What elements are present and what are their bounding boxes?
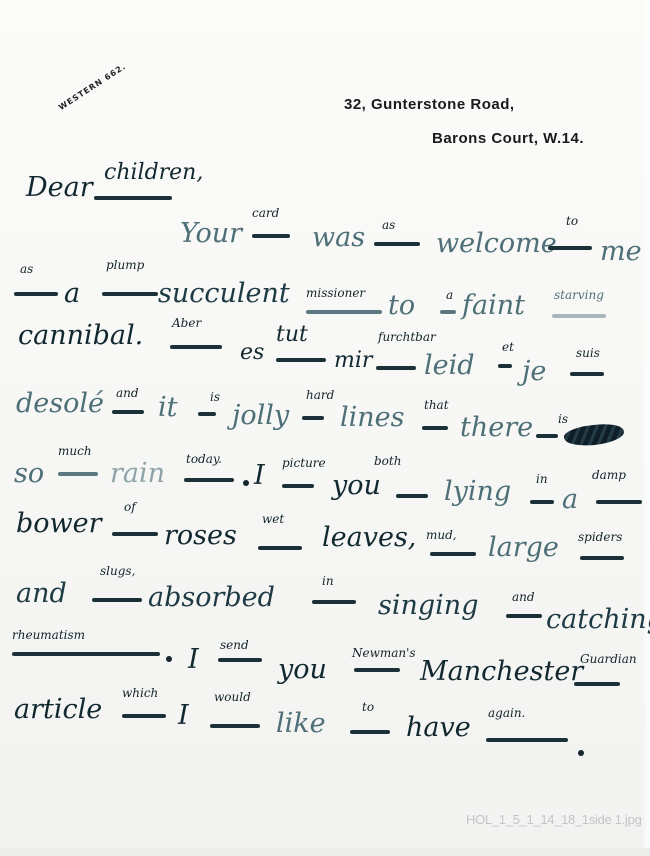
blank-dash [14,292,58,296]
word: like [276,708,326,739]
inserted-word: is [210,390,220,404]
blank-dash [276,358,326,362]
blank-dash [122,714,166,718]
blank-dash [552,314,606,318]
word: lying [444,476,511,507]
word: it [158,392,178,423]
blank-dash [422,426,448,430]
word: leaves, [322,522,416,553]
address-line-2: Barons Court, W.14. [432,130,584,147]
inserted-word: of [124,500,136,514]
word: you [278,654,327,685]
blank-dash [302,416,324,420]
word: I [188,644,199,675]
inserted-word: damp [592,468,626,482]
word: je [522,356,546,387]
word: Manchester [420,656,583,687]
inserted-word: again. [488,706,525,720]
word: succulent [158,278,290,309]
blank-dash [596,500,642,504]
word: catching [546,604,650,635]
inserted-word: to [566,214,578,228]
period [166,656,172,662]
blank-dash [94,196,172,200]
word: so [14,458,44,489]
blank-dash [306,310,382,314]
blank-dash [218,658,262,662]
word: bower [16,508,102,539]
blank-dash [350,730,390,734]
word: I [178,700,189,731]
inserted-word: and [512,590,535,604]
word: cannibal. [18,320,143,351]
blank-dash [198,412,216,416]
word: a [64,278,80,309]
inserted-word: mud, [426,528,457,542]
inserted-word: Aber [172,316,201,330]
inserted-word: to [362,700,374,714]
inserted-word: slugs, [100,564,135,578]
word: roses [164,520,237,551]
word: there [460,412,533,443]
blank-dash [102,292,158,296]
word: welcome [436,228,557,259]
scan-border [0,848,650,856]
word: rain [110,458,165,489]
word: singing [378,590,478,621]
blank-dash [486,738,568,742]
blank-dash [252,234,290,238]
inserted-word: hard [306,388,334,402]
inserted-word: picture [282,456,326,470]
inserted-word: a [446,288,453,302]
word: I [254,460,265,491]
salutation: Dear [26,172,93,203]
blank-dash [170,345,222,349]
blank-dash [396,494,428,498]
blank-dash [12,652,160,656]
inserted-word: et [502,340,514,354]
inserted-word: rheumatism [12,628,85,642]
word: mir [334,348,372,373]
inserted-word: is [558,412,568,426]
word: lines [340,402,405,433]
inserted-word: plump [106,258,144,272]
word: and [16,578,67,609]
blank-dash [354,668,400,672]
blank-dash [210,724,260,728]
word: jolly [232,400,289,431]
blank-dash [184,478,234,482]
period [578,750,584,756]
word: desolé [16,388,104,419]
blank-dash [112,410,144,414]
inserted-word: wet [262,512,284,526]
word: you [332,470,381,501]
blank-dash [58,472,98,476]
inserted-word: send [220,638,249,652]
inserted-word: furchtbar [378,330,436,344]
archive-filename: HOL_1_5_1_14_18_1side 1.jpg [466,812,646,828]
word: absorbed [148,582,275,613]
word: Your [180,218,242,249]
inserted-word: card [252,206,279,220]
inserted-word: in [322,574,334,588]
inserted-word: and [116,386,139,400]
blank-dash [92,598,142,602]
blank-dash [536,434,558,438]
inserted-word: suis [576,346,600,360]
address-line-1: 32, Gunterstone Road, [344,96,515,113]
inserted-word: in [536,472,548,486]
inserted-word: as [382,218,395,232]
blank-dash [548,246,592,250]
period [243,480,249,486]
inserted-word: would [214,690,251,704]
word: a [562,484,578,515]
blank-dash [258,546,302,550]
salutation-inserted: children, [104,160,203,185]
blank-dash [574,682,620,686]
inserted-word: both [374,454,401,468]
word: faint [462,290,525,321]
inserted-word: much [58,444,92,458]
blank-dash [570,372,604,376]
inserted-word: as [20,262,33,276]
word: large [488,532,559,563]
blank-dash [506,614,542,618]
inserted-word: starving [554,288,604,302]
inserted-word: today. [186,452,222,466]
word: me [600,236,642,267]
word: have [406,712,471,743]
inserted-word: tut [276,322,308,347]
blank-dash [580,556,624,560]
word: was [312,222,365,253]
inserted-word: that [424,398,449,412]
inserted-word: Newman's [352,646,416,660]
word: article [14,694,102,725]
page-edge [642,0,650,856]
inserted-word: which [122,686,158,700]
inserted-word: Guardian [580,652,637,666]
blank-dash [374,242,420,246]
inserted-word: missioner [306,286,365,300]
word: leid [424,350,475,381]
blank-dash [376,366,416,370]
blank-dash [282,484,314,488]
inserted-word: spiders [578,530,622,544]
word: es [240,340,264,365]
blank-dash [312,600,356,604]
blank-dash [112,532,158,536]
word: to [388,290,415,321]
blank-dash [430,552,476,556]
blank-dash [440,310,456,314]
blank-dash [498,364,512,368]
blank-dash [530,500,554,504]
